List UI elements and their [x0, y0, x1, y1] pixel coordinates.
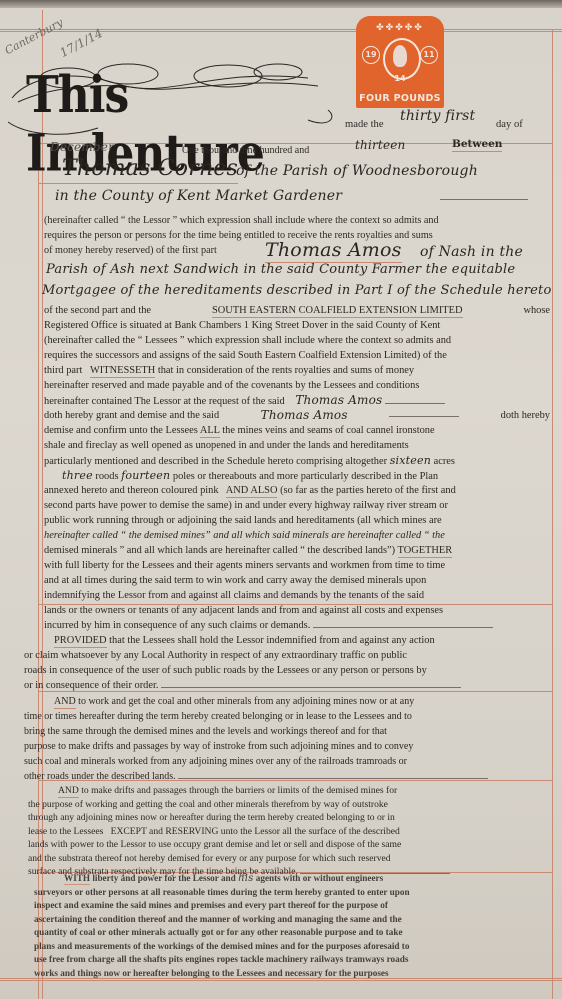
day-of-label: day of: [496, 117, 523, 132]
text-segment: lease to the Lessees: [28, 826, 103, 837]
text-segment: agents with or without engineers: [256, 873, 383, 883]
text-segment: the mines veins and seams of coal cannel…: [222, 425, 434, 436]
year-handwritten: thirteen: [355, 138, 405, 152]
indenture-document: Canterbury 17/1/14 This Indenture ✤✤✤✤✤ …: [0, 0, 562, 999]
page-edge-shadow: [0, 0, 562, 8]
blank-line: [389, 408, 459, 417]
day-handwritten: thirty first: [400, 108, 475, 124]
second-party-mortgagee-handwritten: Mortgagee of the hereditaments described…: [42, 283, 552, 298]
text-line: Registered Office is situated at Bank Ch…: [44, 318, 550, 333]
text-line: requires the successors and assigns of t…: [44, 348, 550, 363]
blank-line: [313, 619, 493, 628]
witnesseth-keyword: WITNESSETH: [90, 365, 155, 378]
text-line: or in consequence of their order.: [24, 678, 550, 693]
text-segment: third part: [44, 365, 82, 376]
text-line: lease to the Lessees EXCEPT and RESERVIN…: [28, 825, 548, 839]
text-line: hereinafter reserved and made payable an…: [44, 378, 550, 393]
text-line: (hereinafter called the “ Lessees ” whic…: [44, 333, 550, 348]
second-party-parish-handwritten: Parish of Ash next Sandwich in the said …: [46, 262, 515, 277]
blank-line: [440, 199, 528, 200]
text-segment: incurred by him in consequence of any su…: [44, 620, 310, 631]
together-keyword: TOGETHER: [398, 545, 453, 558]
text-line: ascertaining the condition thereof and t…: [34, 913, 546, 927]
text-segment: poles or thereabouts and more particular…: [173, 471, 438, 482]
text-line: third part WITNESSETH that in considerat…: [44, 363, 550, 378]
lessees-definition-paragraph: of the second part and the SOUTH EASTERN…: [44, 303, 550, 633]
and-keyword: AND: [58, 785, 79, 798]
text-line: hereinafter called “ the demised mines” …: [44, 528, 550, 543]
text-line: particularly mentioned and described in …: [44, 453, 550, 468]
blank-line: [385, 395, 445, 404]
and-to-work-clause: AND to work and get the coal and other m…: [24, 694, 550, 784]
text-segment: acres: [434, 456, 455, 467]
text-line: surveyors or other persons at all reason…: [34, 886, 546, 900]
provided-keyword: PROVIDED: [54, 635, 107, 648]
lessor-county-handwritten: in the County of Kent Market Gardener: [55, 188, 342, 204]
text-line: incurred by him in consequence of any su…: [44, 618, 550, 633]
and-also-keyword: AND ALSO: [226, 485, 278, 498]
with-keyword: WITH: [64, 873, 90, 885]
roods-handwritten: three: [44, 469, 93, 482]
text-segment: to make drifts and passages through the …: [81, 785, 397, 796]
text-line: public work running through or adjoining…: [44, 513, 550, 528]
text-segment: other roads under the described lands.: [24, 771, 176, 782]
and-keyword: AND: [54, 696, 76, 709]
lessor-parish-handwritten: of the Parish of Woodnesborough: [236, 163, 478, 179]
text-line: bring the same through the demised mines…: [24, 724, 550, 739]
text-segment: or in consequence of their order.: [24, 680, 158, 691]
text-line: indemnifying the Lessor from and against…: [44, 588, 550, 603]
all-keyword: ALL: [200, 425, 220, 438]
text-line: annexed hereto and thereon coloured pink…: [44, 483, 550, 498]
text-line: works and things now or hereafter belong…: [34, 967, 546, 981]
and-to-make-clause: AND to make drifts and passages through …: [28, 784, 548, 879]
blank-line: [161, 679, 461, 688]
text-segment: particularly mentioned and described in …: [44, 456, 387, 467]
text-line: AND to make drifts and passages through …: [28, 784, 548, 798]
text-segment: unto the Lessor all the surface of the d…: [221, 826, 400, 837]
text-line: and at all times during the said term to…: [44, 573, 550, 588]
text-line: use free from charge all the shafts pits…: [34, 953, 546, 967]
second-party-name-handwritten: Thomas Amos: [265, 239, 402, 263]
text-line: demise and confirm unto the Lessees ALL …: [44, 423, 550, 438]
text-segment: that in consideration of the rents royal…: [158, 365, 414, 376]
text-line: PROVIDED that the Lessees shall hold the…: [24, 633, 550, 648]
his-handwritten: his: [238, 873, 253, 884]
text-line: three roods fourteen poles or thereabout…: [44, 468, 550, 483]
second-party-place-handwritten: of Nash in the: [420, 244, 523, 260]
text-line: other roads under the described lands.: [24, 769, 550, 784]
text-segment: doth hereby: [501, 408, 550, 423]
margin-annotation-place: Canterbury: [3, 16, 65, 57]
text-line: hereinafter contained The Lessor at the …: [44, 393, 550, 408]
text-line: with full liberty for the Lessees and th…: [44, 558, 550, 573]
stamp-year-left: 19: [362, 46, 380, 64]
text-line: demised minerals ” and all which lands a…: [44, 543, 550, 558]
blank-line: [178, 770, 488, 779]
text-line: the purpose of working and getting the c…: [28, 798, 548, 812]
text-line: WITH liberty and power for the Lessor an…: [34, 872, 546, 886]
text-line: AND to work and get the coal and other m…: [24, 694, 550, 709]
monarch-head-icon: [393, 45, 407, 67]
crown-ornament-icon: ✤✤✤✤✤: [364, 22, 436, 33]
stamp-year-right: 11: [420, 46, 438, 64]
text-segment: of the second part and the: [44, 303, 151, 318]
text-line: (hereinafter called “ the Lessor ” which…: [44, 213, 546, 228]
text-segment: (so far as the parties hereto of the fir…: [280, 485, 456, 496]
text-segment: annexed hereto and thereon coloured pink: [44, 485, 219, 496]
text-line: shale and fireclay as well opened as uno…: [44, 438, 550, 453]
text-line: or claim whatsoever by any Local Authori…: [24, 648, 550, 663]
request-name-handwritten: Thomas Amos: [287, 393, 382, 407]
text-line: through any adjoining mines now or herea…: [28, 811, 548, 825]
provided-clause: PROVIDED that the Lessees shall hold the…: [24, 633, 550, 693]
revenue-stamp: ✤✤✤✤✤ 19 11 14 FOUR POUNDS: [356, 16, 444, 108]
acres-handwritten: sixteen: [390, 454, 431, 467]
with-liberty-clause: WITH liberty and power for the Lessor an…: [34, 872, 546, 980]
text-line: of the second part and the SOUTH EASTERN…: [44, 303, 550, 318]
text-line: such coal and minerals worked from any a…: [24, 754, 550, 769]
text-segment: doth hereby grant and demise and the sai…: [44, 408, 219, 423]
text-line: and the substrata thereof not hereby dem…: [28, 852, 548, 866]
text-line: time or times hereafter during the term …: [24, 709, 550, 724]
text-segment: demise and confirm unto the Lessees: [44, 425, 198, 436]
text-line: lands or the owners or tenants of any ad…: [44, 603, 550, 618]
text-segment: whose: [523, 303, 550, 318]
grant-name-handwritten: Thomas Amos: [261, 408, 348, 423]
text-line: inspect and examine the said mines and p…: [34, 899, 546, 913]
text-line: second parts have power to demise the sa…: [44, 498, 550, 513]
poles-handwritten: fourteen: [121, 469, 170, 482]
lessor-name-handwritten: Thomas Cornes: [62, 156, 238, 181]
between-label: Between: [452, 138, 502, 152]
text-segment: liberty and power for the Lessor and: [92, 873, 235, 883]
text-line: lands with power to the Lessor to use oc…: [28, 838, 548, 852]
text-segment: hereinafter contained The Lessor at the …: [44, 396, 285, 407]
made-the-label: made the: [345, 117, 384, 132]
top-border-rule: [0, 29, 562, 32]
text-line: plans and measurements of the workings o…: [34, 940, 546, 954]
stamp-value: FOUR POUNDS: [356, 93, 444, 104]
text-line: quantity of coal or other minerals actua…: [34, 926, 546, 940]
company-name: SOUTH EASTERN COALFIELD EXTENSION LIMITE…: [212, 303, 463, 318]
text-segment: to work and get the coal and other miner…: [78, 696, 414, 707]
right-margin-rule: [552, 29, 553, 999]
stamp-number: 14: [390, 74, 410, 83]
except-reserving-keyword: EXCEPT and RESERVING: [111, 826, 219, 839]
text-line: doth hereby grant and demise and the sai…: [44, 408, 550, 423]
text-line: purpose to make drifts and passages by w…: [24, 739, 550, 754]
text-segment: roods: [95, 471, 118, 482]
text-segment: demised minerals ” and all which lands a…: [44, 545, 395, 556]
text-line: roads in consequence of the user of such…: [24, 663, 550, 678]
month-handwritten: December: [50, 140, 114, 154]
text-segment: that the Lessees shall hold the Lessor i…: [109, 635, 434, 646]
document-title: This Indenture: [8, 58, 348, 138]
